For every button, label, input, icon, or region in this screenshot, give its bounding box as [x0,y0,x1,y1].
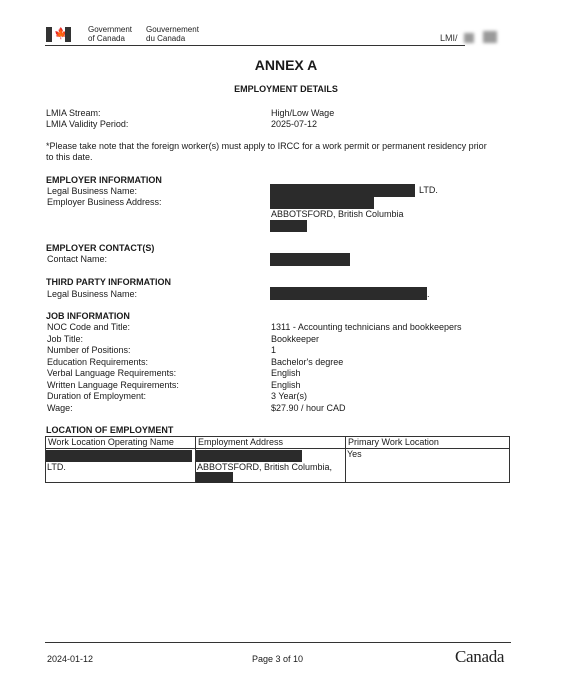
third-party-legal-name-suffix: . [427,289,430,301]
business-address-label: Employer Business Address: [47,197,162,209]
redacted-postal-code [270,220,307,232]
job-info-value: English [271,368,301,380]
government-en: Government of Canada [88,26,132,43]
redacted-business-name [270,184,415,197]
redacted-reference [483,31,497,43]
column-header-employment-address: Employment Address [198,437,283,449]
note-line1: *Please take note that the foreign worke… [46,141,487,153]
note-line2: to this date. [46,152,93,164]
primary-work-location-value: Yes [347,449,362,461]
footer-page-number: Page 3 of 10 [252,654,303,666]
legal-business-name-label: Legal Business Name: [47,186,137,198]
job-info-value: $27.90 / hour CAD [271,403,346,415]
third-party-legal-name-label: Legal Business Name: [47,289,137,301]
canada-wordmark-text: Canada [455,647,504,666]
footer-rule [45,642,511,643]
job-info-label: Education Requirements: [47,357,148,369]
location-of-employment-heading: LOCATION OF EMPLOYMENT [46,425,173,436]
redacted-street-address [270,197,374,209]
redacted-employment-street [196,450,302,462]
page-title: ANNEX A [0,57,572,73]
job-info-label: Job Title: [47,334,83,346]
government-en-line2: of Canada [88,35,132,44]
employer-contacts-heading: EMPLOYER CONTACT(S) [46,243,154,254]
job-info-label: Written Language Requirements: [47,380,179,392]
job-information-heading: JOB INFORMATION [46,311,130,322]
page-subtitle: EMPLOYMENT DETAILS [0,84,572,94]
employer-information-heading: EMPLOYER INFORMATION [46,175,162,186]
job-info-value: 1 [271,345,276,357]
lmia-validity-value: 2025-07-12 [271,119,317,131]
lmia-stream-label: LMIA Stream: [46,108,101,120]
contact-name-label: Contact Name: [47,254,107,266]
government-fr: Gouvernement du Canada [146,26,199,43]
redacted-employment-postal [196,472,233,483]
job-info-label: Number of Positions: [47,345,131,357]
job-info-label: Duration of Employment: [47,391,146,403]
job-info-label: Verbal Language Requirements: [47,368,176,380]
redacted-third-party-name [270,287,427,300]
lmia-validity-label: LMIA Validity Period: [46,119,128,131]
redacted-reference [464,33,474,43]
header-rule [45,45,465,46]
redacted-contact-name [270,253,350,266]
operating-name-suffix: LTD. [47,462,66,474]
canada-flag-icon: 🍁 [46,27,71,42]
third-party-heading: THIRD PARTY INFORMATION [46,277,171,288]
lmia-reference: LMI/ [440,33,458,43]
job-info-value: Bachelor's degree [271,357,343,369]
location-table: Work Location Operating Name Employment … [45,436,510,483]
redacted-operating-name [46,450,192,462]
column-header-operating-name: Work Location Operating Name [48,437,174,449]
business-address-city: ABBOTSFORD, British Columbia [271,209,404,221]
legal-business-name-suffix: LTD. [419,185,438,197]
job-info-value: Bookkeeper [271,334,319,346]
job-info-value: English [271,380,301,392]
job-info-label: Wage: [47,403,73,415]
job-info-value: 3 Year(s) [271,391,307,403]
footer-date: 2024-01-12 [47,654,93,666]
government-fr-line2: du Canada [146,35,199,44]
column-header-primary-location: Primary Work Location [348,437,439,449]
canada-wordmark: Canada [455,647,504,667]
job-info-label: NOC Code and Title: [47,322,130,334]
job-info-value: 1311 - Accounting technicians and bookke… [271,322,461,334]
lmia-stream-value: High/Low Wage [271,108,334,120]
